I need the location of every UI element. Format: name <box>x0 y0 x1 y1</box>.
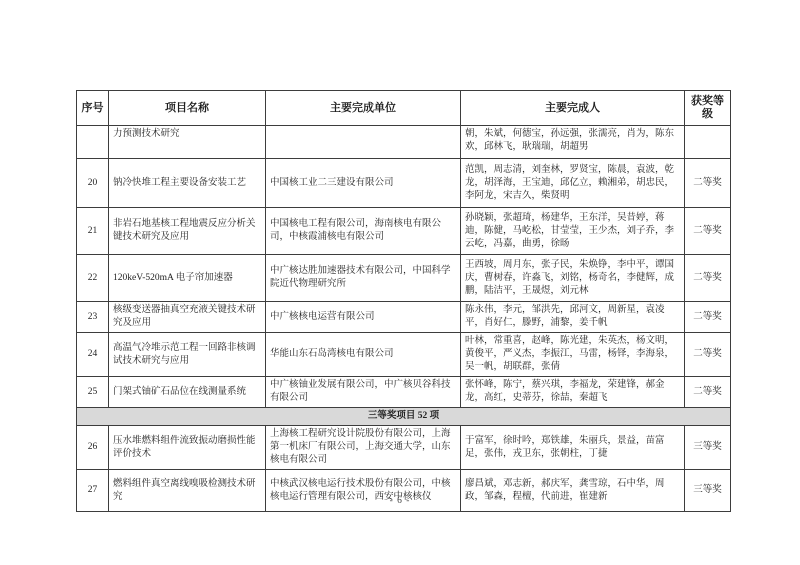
project-name-cell: 压水堆燃料组件流致振动磨损性能评价技术 <box>109 426 266 470</box>
serial-number-cell: 22 <box>77 255 109 302</box>
header-serial-number: 序号 <box>77 91 109 126</box>
header-project-name: 项目名称 <box>109 91 266 126</box>
award-level-cell: 二等奖 <box>685 159 731 208</box>
table-row: 23核级变送器抽真空充液关键技术研究及应用中广核核电运营有限公司陈永伟，李元，邹… <box>77 302 731 333</box>
serial-number-cell: 26 <box>77 426 109 470</box>
header-main-contributors: 主要完成人 <box>461 91 685 126</box>
project-name-cell: 高温气冷堆示范工程一回路非核调试技术研究与应用 <box>109 333 266 377</box>
contributors-cell: 张怀峰，陈宁，蔡兴琪，李福龙，荣建锋，郝金龙，高红，史蒂芬，徐喆，秦超飞 <box>461 377 685 408</box>
award-level-cell: 二等奖 <box>685 333 731 377</box>
header-award-level: 获奖等级 <box>685 91 731 126</box>
contributors-cell: 于富军，徐时吟，郑铁雄，朱丽兵，景益，苗富足，张伟，戎卫东，张朝柱，丁捷 <box>461 426 685 470</box>
award-level-cell: 二等奖 <box>685 377 731 408</box>
section-label: 三等奖项目 52 项 <box>77 408 731 426</box>
page-number: - 6 - <box>0 496 800 506</box>
awards-table: 序号 项目名称 主要完成单位 主要完成人 获奖等级 力预测技术研究朝，朱斌，何德… <box>76 90 731 512</box>
serial-number-cell: 25 <box>77 377 109 408</box>
project-name-cell: 钠冷快堆工程主要设备安装工艺 <box>109 159 266 208</box>
document-page: 序号 项目名称 主要完成单位 主要完成人 获奖等级 力预测技术研究朝，朱斌，何德… <box>0 0 800 565</box>
main-unit-cell: 中国核电工程有限公司，海南核电有限公司，中核霞浦核电有限公司 <box>266 208 461 255</box>
table-row: 力预测技术研究朝，朱斌，何德宝，孙远强，张濡亮，肖为，陈东欢，邱林飞，耿瑞瑞，胡… <box>77 126 731 159</box>
serial-number-cell: 20 <box>77 159 109 208</box>
project-name-cell: 力预测技术研究 <box>109 126 266 159</box>
award-level-cell: 三等奖 <box>685 426 731 470</box>
table-row: 25门架式铀矿石品位在线测量系统中广核铀业发展有限公司，中广核贝谷科技有限公司张… <box>77 377 731 408</box>
main-unit-cell: 中广核铀业发展有限公司，中广核贝谷科技有限公司 <box>266 377 461 408</box>
project-name-cell: 120keV-520mA 电子帘加速器 <box>109 255 266 302</box>
contributors-cell: 叶林，常重喜，赵峰，陈光建，朱英杰，杨文明，黄俊平，严义杰，李振江，马雷，杨铎，… <box>461 333 685 377</box>
serial-number-cell: 23 <box>77 302 109 333</box>
award-level-cell: 二等奖 <box>685 208 731 255</box>
project-name-cell: 门架式铀矿石品位在线测量系统 <box>109 377 266 408</box>
main-unit-cell: 中国核工业二三建设有限公司 <box>266 159 461 208</box>
contributors-cell: 陈永伟，李元，邹洪先，邱河文，周新星，袁凌平，肖好仁，滕野，浦黎，姜千帆 <box>461 302 685 333</box>
serial-number-cell: 21 <box>77 208 109 255</box>
contributors-cell: 范凯，周志清，刘奎林，罗贤宝，陈晨，袁波，乾龙，胡泽海，王宝迪，邱亿立，赖湘弟，… <box>461 159 685 208</box>
table-row: 22120keV-520mA 电子帘加速器中广核达胜加速器技术有限公司，中国科学… <box>77 255 731 302</box>
contributors-cell: 王西坡，周月东，张子民，朱焕铮，李中平，谭国庆，曹树春，许淼飞，刘铭，杨奇名，李… <box>461 255 685 302</box>
project-name-cell: 核级变送器抽真空充液关键技术研究及应用 <box>109 302 266 333</box>
table-row: 20钠冷快堆工程主要设备安装工艺中国核工业二三建设有限公司范凯，周志清，刘奎林，… <box>77 159 731 208</box>
section-divider-row: 三等奖项目 52 项 <box>77 408 731 426</box>
main-unit-cell: 中广核核电运营有限公司 <box>266 302 461 333</box>
contributors-cell: 朝，朱斌，何德宝，孙远强，张濡亮，肖为，陈东欢，邱林飞，耿瑞瑞，胡超男 <box>461 126 685 159</box>
main-unit-cell: 中广核达胜加速器技术有限公司，中国科学院近代物理研究所 <box>266 255 461 302</box>
table-row: 21非岩石地基核工程地震反应分析关键技术研究及应用中国核电工程有限公司，海南核电… <box>77 208 731 255</box>
serial-number-cell <box>77 126 109 159</box>
table-row: 26压水堆燃料组件流致振动磨损性能评价技术上海核工程研究设计院股份有限公司，上海… <box>77 426 731 470</box>
header-main-unit: 主要完成单位 <box>266 91 461 126</box>
serial-number-cell: 24 <box>77 333 109 377</box>
contributors-cell: 孙晓颖，张超琦，杨建华，王东洋，吴昔婷，蒋迪，陈健，马屹松，甘莹莹，王少杰，刘子… <box>461 208 685 255</box>
award-level-cell: 二等奖 <box>685 302 731 333</box>
award-level-cell: 二等奖 <box>685 255 731 302</box>
award-level-cell <box>685 126 731 159</box>
main-unit-cell: 华能山东石岛湾核电有限公司 <box>266 333 461 377</box>
table-row: 24高温气冷堆示范工程一回路非核调试技术研究与应用华能山东石岛湾核电有限公司叶林… <box>77 333 731 377</box>
table-header-row: 序号 项目名称 主要完成单位 主要完成人 获奖等级 <box>77 91 731 126</box>
project-name-cell: 非岩石地基核工程地震反应分析关键技术研究及应用 <box>109 208 266 255</box>
main-unit-cell: 上海核工程研究设计院股份有限公司，上海第一机床厂有限公司，上海交通大学，山东核电… <box>266 426 461 470</box>
main-unit-cell <box>266 126 461 159</box>
